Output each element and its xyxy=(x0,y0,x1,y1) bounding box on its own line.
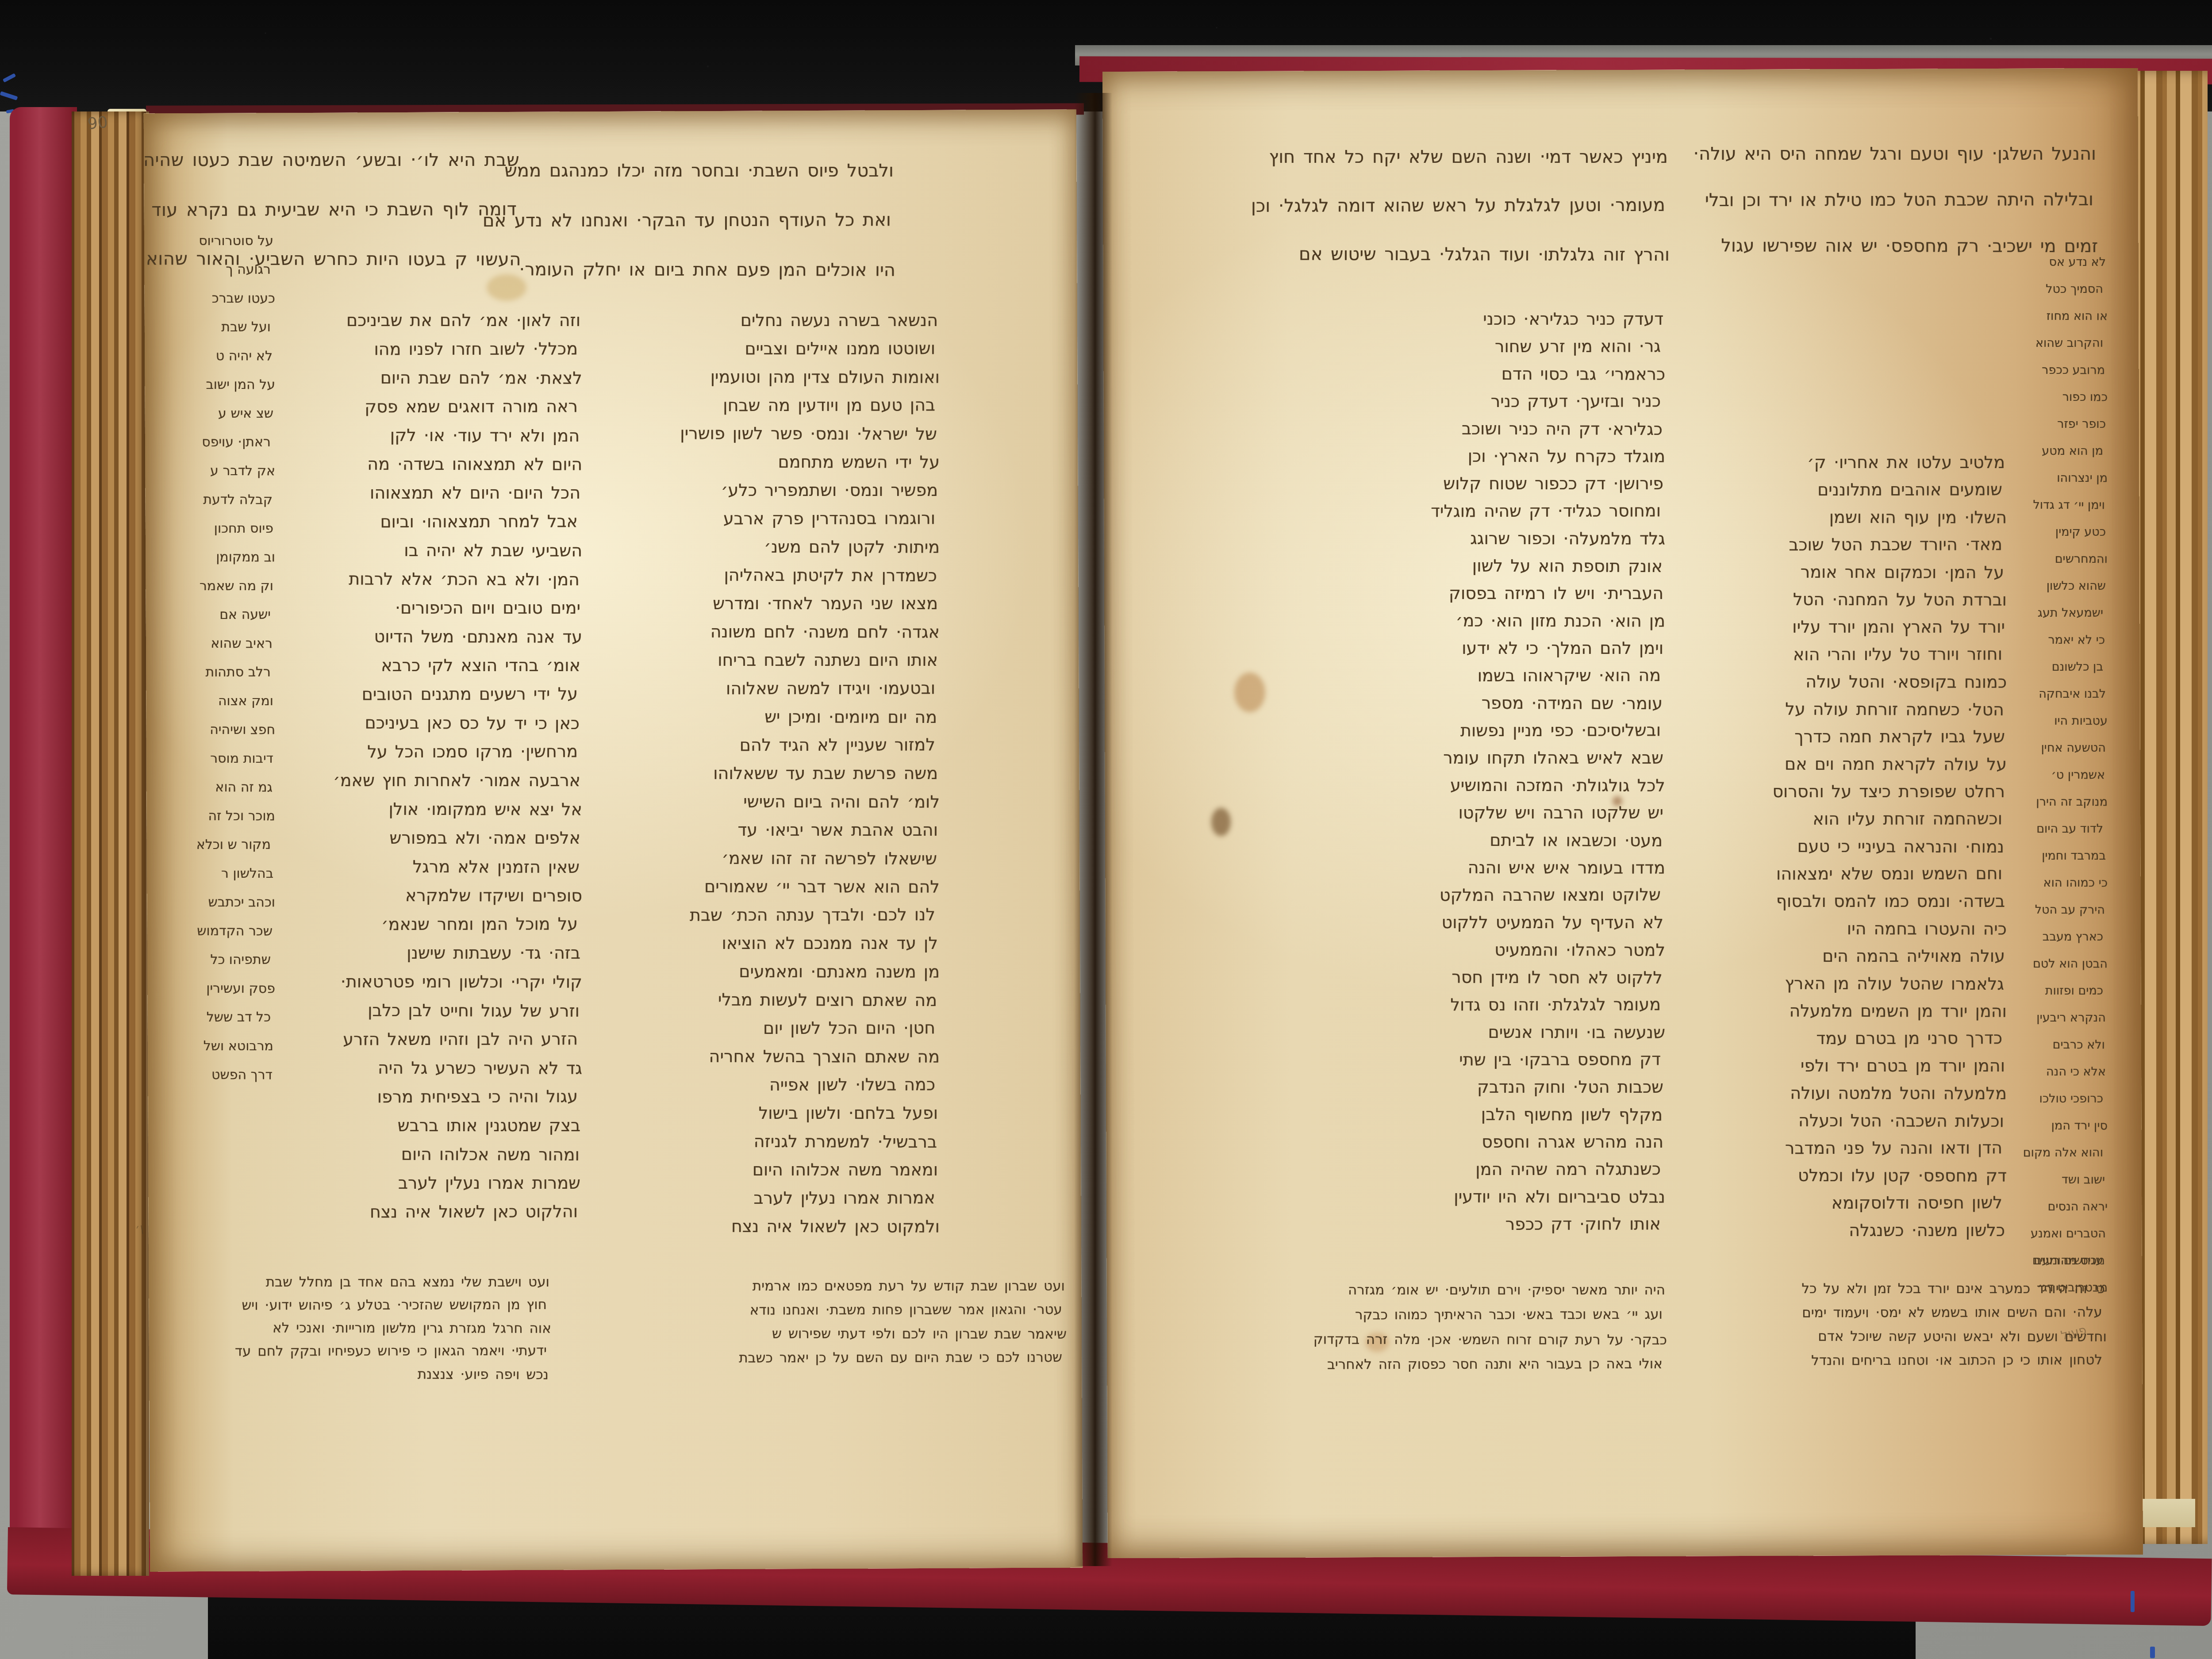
text-line: שבת היא לו׳· ובשע׳ השמיטה שבת כעטו שהיה xyxy=(207,135,519,185)
text-line: להם הוא אשר דבר יי׳ שאמורים xyxy=(616,872,940,901)
manuscript-photo-scene: 90 שבת היא לו׳· ובשע׳ השמיטה שבת כעטו שה… xyxy=(0,0,2212,1659)
text-line: סופרים ושיקדו שלמקרא xyxy=(272,881,582,910)
folio-number: 90 xyxy=(87,113,109,134)
text-line: ראיב שהוא xyxy=(146,629,273,658)
left-inner-top-block: ולבטל פיוס השבת· ובחסר מזה יכלו כמנהגם מ… xyxy=(543,146,894,295)
text-line: כארץ מעבב xyxy=(2009,923,2103,950)
text-line: ולבטל פיוס השבת· ובחסר מזה יכלו כמנהגם מ… xyxy=(543,146,894,196)
text-line: על ידי רשעים מתגנים הטובים xyxy=(267,680,578,709)
text-line: ימים טובים ויום הכיפורים· xyxy=(270,594,580,622)
text-line: שבא לאיש באהלו תקחו עומר xyxy=(1353,744,1663,772)
text-line: כרופכי טולכו xyxy=(2009,1085,2103,1112)
text-line: ועג יי׳ באש וכבד באש· וכבר הראיתיך כמוהו… xyxy=(1174,1302,1663,1328)
right-footnote-inner-block: היה יותר מאשר יספיק· וירם תולעים· יש אומ… xyxy=(1177,1278,1665,1377)
text-line: הטל· כשחמה זורחת עולה על xyxy=(1676,695,2004,723)
text-line: נבלט סביבריום ולא היו יודעין xyxy=(1355,1183,1665,1210)
text-line: והמן יורד מן השמים מלמעלה xyxy=(1678,997,2007,1025)
text-line: היום לא תמצאוהו בשדה· מה xyxy=(272,449,582,479)
text-line: כעטו שברכ xyxy=(149,284,275,313)
text-line: והמן יורד מן בטרם ירד ולפי xyxy=(1677,1052,2005,1079)
text-line: ומק אצוה xyxy=(147,687,273,715)
text-line: עטביות היו xyxy=(2014,707,2108,734)
text-line: של ישראל· ונמס· פשר לשון פושרין xyxy=(613,419,937,448)
text-line: בהלשון ר xyxy=(147,859,273,888)
text-line: כי זה היורד כמערב אינם יורד בכל זמן ולא … xyxy=(1684,1277,2105,1301)
text-line: שכבות הטל· וחוק הנדבק xyxy=(1353,1073,1663,1101)
text-line: פסק ועשירין xyxy=(149,974,275,1003)
text-line: וזה לאון· אמ׳ להם את שביניכם xyxy=(270,306,580,335)
text-line: שמרות אמרו נעלין לערב xyxy=(270,1169,580,1198)
text-line: והרץ זוה גלגלתו· ועוד הגלגל· בעבור שיטוש… xyxy=(1160,230,1670,279)
text-line: עומר· שם המידה· מספר xyxy=(1352,689,1663,717)
text-line: הכל היום· היום לא תמצאוהו xyxy=(270,479,580,507)
text-line: מה הוא· שיקראוהו בשמו xyxy=(1350,661,1661,689)
text-line: מקור ש וכלא xyxy=(144,830,271,860)
text-line: מה יום מיומים· ומיכן יש xyxy=(613,702,937,731)
text-line: לנו לכם· ולבדך ענתה הכת׳ שבת xyxy=(611,900,935,929)
text-line: כלשון משנה· כשנגלה xyxy=(1677,1217,2005,1244)
text-line: כדרך סרני מן בטרם עמד xyxy=(1674,1024,2002,1052)
text-line: ללקוט לא חסר לו מידן חסר xyxy=(1352,963,1663,991)
text-line: בן כלשונם xyxy=(2009,653,2103,680)
text-line: ידעתי· ויאמר הגאון כי פירוש כעפיחיו ובקק… xyxy=(143,1339,547,1363)
text-line: שכר הקדמוש xyxy=(146,917,273,946)
text-line: לא יהיה ט xyxy=(146,342,273,371)
text-line: על המן ישוב xyxy=(149,370,275,399)
text-line: אונק תוספת הוא על לשון xyxy=(1352,552,1663,580)
text-line: לדוד עב היום xyxy=(2009,815,2103,842)
text-line: כאן כי יד על כס כאן בעיניכם xyxy=(269,708,580,738)
text-line: אותו לחוק· דק ככפר xyxy=(1350,1210,1661,1238)
text-line: אל יצא איש ממקומו· אולן xyxy=(272,795,582,824)
text-line: הסמיך כטל xyxy=(2009,276,2103,303)
text-line: מדדו בעומר איש איש והנה xyxy=(1355,853,1665,881)
text-line: לשון חפיסה ודלוסקומא xyxy=(1674,1189,2002,1217)
right-margin-gloss-column: לא נדע אסהסמיך כטלאו הוא מחוזוהקרוב שהוא… xyxy=(2012,249,2106,1301)
text-line: שתפיהו כל xyxy=(144,945,271,975)
text-line: ראתן· עויפס xyxy=(144,428,271,457)
text-line: כשמדרן את לקיטתן באהליהן xyxy=(613,561,937,590)
text-line: עלה· והם השים אותו בשמש לא ימס· ויעמוד י… xyxy=(1681,1300,2102,1325)
text-line: כופר יפזר xyxy=(2012,411,2106,438)
text-line: אלא כי הנה xyxy=(2012,1058,2106,1085)
text-line: אותו היום נשתנה לשבח בריחו xyxy=(614,646,938,674)
text-line: דק מחספס· קטן עלו וכמלט xyxy=(1678,1161,2007,1189)
text-line: וכעלות השכבה· הטל וכעלה xyxy=(1676,1106,2004,1135)
gutter-shadow xyxy=(1074,93,1112,1566)
text-line: כבקר· על רעת קורם זרוח השמש· אכן· מלה זר… xyxy=(1179,1327,1667,1352)
text-line: ועט שברון שבת קודש על רעת מפטאים כמו ארמ… xyxy=(644,1274,1065,1298)
text-line: למטר כאהלו· והממעיט xyxy=(1355,936,1665,964)
text-line: ברבשיל· למשמרת לגניזה xyxy=(613,1127,937,1156)
text-line: יש שלקטו הרבה ויש שלקטו xyxy=(1353,799,1663,826)
text-line: מקלף לשון מחשוף הלבן xyxy=(1352,1100,1663,1129)
text-line: ואת כל העודף הנטחן עד הבקר· ואנחנו לא נד… xyxy=(541,195,891,246)
text-line: והקרוב שהוא xyxy=(2009,330,2103,357)
text-line: כמונח בקופסא· והטל עולה xyxy=(1678,668,2007,695)
text-line: מרבוטא ושל xyxy=(147,1032,273,1060)
text-line: מן ינצרוהו xyxy=(2014,465,2108,492)
text-line: ולמקוט כאן לשאול איה נצח xyxy=(616,1212,940,1240)
text-line: מלטיב עלטו את אחריו· ק׳ xyxy=(1677,449,2005,476)
text-line: גלאמרו שהטל עולה מן הארץ xyxy=(1676,969,2004,998)
text-line: חוץ מן המקושש שהזכיר· בטלע ג׳ פיהוש ידוע… xyxy=(143,1293,547,1317)
text-line: ופעל בלחם· ולשון בישול xyxy=(614,1099,938,1127)
text-line: לטחון אותו כי כן הכתוב או· וטחנו בריחים … xyxy=(1681,1348,2102,1373)
text-line: נמוח· והנראה בעיניי כי טעם xyxy=(1676,832,2004,860)
text-line: ישוב ושד xyxy=(2011,1166,2105,1194)
text-line: הירק עב הטל xyxy=(2011,896,2105,924)
text-line: וימן להם המלך· כי לא ידעו xyxy=(1353,634,1663,662)
text-line: הזרע היה לבן וזהיו משאל הזרע xyxy=(267,1025,578,1054)
text-line: והמחרשים xyxy=(2014,545,2108,572)
text-line: על עולה לקראת חמה וים אם xyxy=(1678,750,2007,778)
red-cover-left-band xyxy=(10,107,77,1585)
text-line: למזור שעניין לא הגיד להם xyxy=(611,730,935,760)
text-line: השביעי שבת לא יהיה בו xyxy=(272,536,582,565)
text-line: מעומר לגלגלת· וזהו נס גדול xyxy=(1350,991,1661,1018)
text-line: עטר· והגאון אמר ששברון פחות משבת· ואנחנו… xyxy=(641,1298,1062,1322)
text-line: קבלה לדעת xyxy=(146,485,273,515)
text-line: גלד מלמעלה· וכפור שרוגג xyxy=(1355,524,1665,552)
text-line: שאין הזמנין אלא מרגל xyxy=(269,852,580,882)
text-line: ומהור משה אכלוהו היום xyxy=(269,1140,580,1169)
text-line: יורד על הארץ והמן יורד עליו xyxy=(1677,613,2005,641)
text-line: דרך הפשט xyxy=(146,1060,273,1090)
text-line: היה יותר מאשר יספיק· וירם תולעים· יש אומ… xyxy=(1177,1278,1665,1302)
text-line: היו אוכלים המן פעם אחת ביום או יחלק העומ… xyxy=(545,245,895,295)
text-line: כמה בשלו· לשון אפייה xyxy=(611,1070,935,1099)
text-line: ושוטטו ממנו איילים וצביים xyxy=(611,334,935,363)
text-line: על ידי השמש מתחמם xyxy=(616,447,940,476)
text-line: עד אנה מאנתם· משל הדיוט xyxy=(272,622,582,651)
text-line: שצ איש ע xyxy=(147,399,273,428)
text-line: כראמרי׳ גבי כסוי הדם xyxy=(1355,360,1665,388)
text-line: המן ולא ירד עוד· או· לקן xyxy=(269,421,580,450)
left-inner-main-column: הנשאר בשרה נעשה נחליםושוטטו ממנו איילים … xyxy=(614,306,938,1240)
text-line: קולי יקרי· וכלשון רומי פטרטאות· xyxy=(272,967,582,996)
text-line: ועל שבת xyxy=(144,313,271,342)
text-line: כגלירא· דק היה כניר ושוכב xyxy=(1352,415,1663,443)
text-line: וב ממקומן xyxy=(149,543,275,572)
text-line: אק לדבר ע xyxy=(149,457,275,485)
right-inner-top-block: מיניץ כאשר דמי· ושנה השם שלא יקח כל אחד … xyxy=(1158,133,1668,279)
text-line: שלוקט ומצאו שהרבה המלקט xyxy=(1350,881,1661,909)
text-line: ולא כרבים xyxy=(2011,1031,2105,1059)
text-line: לבנו איבחקה xyxy=(2012,680,2106,707)
text-line: שנעשה בו· ויותרו אנשים xyxy=(1355,1018,1665,1046)
text-line: בהן טעם מן ויודעין מה שבחן xyxy=(611,391,935,420)
text-line: לצאת· אמ׳ להם שבת היום xyxy=(272,363,582,392)
text-line: אשמרין ט׳ xyxy=(2011,761,2105,789)
text-line: המן· ולא בא הכת׳ אלא לרבות xyxy=(269,565,580,594)
text-line: וחם השמש ונמס שלא ימצאוהו xyxy=(1674,860,2002,888)
text-line: מה שאתם הוצרך בהשל אחריה xyxy=(616,1042,940,1071)
text-line: כי כמוהו הוא xyxy=(2014,869,2108,896)
text-line: מפשיר ונמס· ושתמפריר כלע׳ xyxy=(614,476,938,504)
text-line: גמ זה הוא xyxy=(146,773,273,802)
text-line: במרבד וחמין xyxy=(2012,842,2106,869)
text-line: גר· והוא מין זרע שחור xyxy=(1350,332,1661,360)
text-line: וזרע של עגול וחייט לבן כלבן xyxy=(269,996,580,1025)
text-line: וכהב יכתבש xyxy=(149,888,275,917)
text-line: ועט וישבת שלי נמצא בהם אחד בן מחלל שבת xyxy=(146,1271,549,1294)
text-line: מלמעלה והטל מלמטה ועולה xyxy=(1678,1079,2007,1107)
text-line: וברדת הטל על המחנה· הטל xyxy=(1678,585,2007,613)
text-line: לן עד אנה ממנכם לא הוציאו xyxy=(614,929,938,957)
text-line: הנקרא ריבעין xyxy=(2012,1004,2106,1031)
text-line: והנעל השלגן· עוף וטעם ורגל שמחה היס היא … xyxy=(1669,131,2096,177)
text-line: כניר ובזיעך· דעדק כניר xyxy=(1350,387,1661,415)
text-line: נכש ויפה פיוע· צנצנת xyxy=(145,1362,549,1386)
parchment-stain xyxy=(1234,672,1265,712)
text-line: כמים ופזוות xyxy=(2009,977,2103,1004)
text-line: מרחשין· מרקו סמכו הכל על xyxy=(267,737,578,766)
text-line: ומאמר משה אכלוהו היום xyxy=(614,1156,938,1184)
right-inner-main-column: דעדק כניר כגלירא· כוכניגר· והוא מין זרע … xyxy=(1353,305,1663,1238)
text-line: לכל גולגולת· המזכה והמושיע xyxy=(1355,771,1665,799)
text-line: אמרות אמרו נעלין לערב xyxy=(611,1183,935,1213)
text-line: ראה מורה דואגים שמא פסק xyxy=(267,392,578,421)
text-line: על המן· וכמקום אחר אומר xyxy=(1676,558,2004,586)
text-line: ורוגמרו בסנהדרין פרק ארבע xyxy=(611,504,935,533)
text-line: רחלט שפופרת כיצד על והסרוס xyxy=(1677,778,2005,805)
text-line: כי לא יאמר xyxy=(2011,626,2105,654)
text-line: העברית· ויש לו רמיזה בפסוק xyxy=(1353,580,1663,607)
text-line: מאד· היורד שכבת הטל שוכב xyxy=(1674,530,2002,559)
text-line: לא נדע אס xyxy=(2012,249,2106,276)
text-line: שהוא כלשון xyxy=(2012,572,2106,599)
text-line: וימן יי׳ דג גדול xyxy=(2011,492,2105,519)
text-line: עולה מאויליה בהמה הים xyxy=(1677,942,2005,970)
text-line: הנה מהרש אגרה וחספס xyxy=(1353,1128,1663,1156)
text-line: מנוקב זה הירן xyxy=(2014,788,2108,815)
blue-ruler-tick xyxy=(2131,1591,2135,1612)
text-line: אולי באה כן בעבור היא ותנה חסר כפסוק הזה… xyxy=(1174,1352,1663,1377)
text-line: הנשאר בשרה נעשה נחלים xyxy=(614,306,938,334)
text-line: הטשעה אחין xyxy=(2012,734,2106,761)
text-line: ארבעה אמור· לאחרות חוץ שאמ׳ xyxy=(270,766,580,795)
text-line: אבל למחר תמצאוהו· וביום xyxy=(267,507,578,536)
text-line: שטרנו לכם כי שבת היום עם השם על כן יאמר … xyxy=(641,1345,1062,1370)
text-line: כטע קימין xyxy=(2012,518,2106,545)
text-line: פיוס תחכון xyxy=(147,514,273,543)
text-line: פירושן· דק ככפור שטוח קלוש xyxy=(1353,470,1663,497)
text-line: הדן ודאו והנה על פני המדבר xyxy=(1674,1134,2002,1162)
left-leaf-edges xyxy=(72,111,149,1576)
text-line: רלב סתהות xyxy=(144,658,271,687)
text-line: כמו כפור xyxy=(2014,384,2108,411)
text-line: רגועה ך xyxy=(144,255,271,284)
text-line: מה שאתם רוצים לעשות מבלי xyxy=(613,985,937,1014)
text-line: כל דב ששל xyxy=(144,1003,271,1032)
text-line: על מוכל המן ומחר שנאמ׳ xyxy=(267,910,578,939)
text-line: שעל גביו לקראת חמה כדרך xyxy=(1677,723,2005,750)
text-line: אוה חרגל מגזרת גרין מלשון מורייות· ואנכי… xyxy=(148,1316,551,1340)
text-line: דיבות מוסר xyxy=(147,744,273,773)
text-line: והבט אהבת אשר יביאו· עד xyxy=(614,816,938,844)
text-line: כיה והעטרו בחמה היו xyxy=(1678,914,2007,942)
text-line: חפצ ושיהיה xyxy=(149,715,275,744)
right-footnote-outer-block: כי זה היורד כמערב אינם יורד בכל זמן ולא … xyxy=(1684,1277,2105,1372)
text-line: ומחוסר כגליד· דק שהיה מוגליד xyxy=(1350,497,1661,525)
text-line: וחדשים ושעם ולא יבאש והיטע קשה שיוכל אדם xyxy=(1686,1324,2107,1349)
blue-ruler-tick xyxy=(2150,1647,2155,1658)
text-line: מיתות· לקטן להם משנ׳ xyxy=(616,532,940,561)
text-line: שישאלו לפרשה זה זהו שאמ׳ xyxy=(613,844,937,873)
text-line: השלו· מין עוף הוא ושמן xyxy=(1678,503,2007,531)
text-line: מוגלד כקרח על הארץ· וכן xyxy=(1355,442,1665,470)
right-outer-main-column: מלטיב עלטו את אחריו· ק׳שומעים אוהבים מתל… xyxy=(1677,449,2005,1244)
text-line: ישמעאל תעג xyxy=(2009,599,2103,626)
text-line: ואומות העולם צדין מהן וטועמין xyxy=(616,362,940,391)
text-line: בזה· גד· עשבתות שישנן xyxy=(270,939,580,968)
text-line: מצאו שני העמר לאחד· ומדרש xyxy=(614,589,938,618)
text-line: הבטן הוא לטם xyxy=(2014,950,2108,977)
text-line: לא העדיף על הממעיט ללקוט xyxy=(1353,909,1663,936)
text-line: והוא אלה מקום xyxy=(2009,1139,2103,1166)
text-line: או הוא מחוז xyxy=(2014,303,2108,330)
text-line: שומעים אוהבים מתלוננים xyxy=(1674,476,2002,504)
text-line: לומ׳ להם והיה ביום השישי xyxy=(616,787,940,816)
text-line: מעומר· וטען לגלגלת על ראש שהוא דומה לגלג… xyxy=(1156,181,1665,230)
text-line: חטן· היום הכל לשון יום xyxy=(611,1014,935,1043)
text-line: סין ירד המן xyxy=(2014,1112,2108,1139)
text-line: אומ׳ בהדי הוצא לקי כרבא xyxy=(270,651,580,680)
text-line: מיניץ כאשר דמי· ושנה השם שלא יקח כל אחד … xyxy=(1158,133,1668,181)
text-line: מעט· וכשבאו או לביתם xyxy=(1352,826,1663,854)
text-line: ובשליסיכם· כפי מניין נפשות xyxy=(1350,716,1661,744)
text-line: עגול והיה כי בצפיחית מרפו xyxy=(267,1082,578,1111)
text-line: ובטעמו· ויגידו למשה שאלוהו xyxy=(611,674,935,703)
text-line: מוכר וכל זה xyxy=(149,802,275,830)
text-line: וכשהחמה זורחת עליו הוא xyxy=(1674,805,2002,833)
text-line: וק מה שאמר xyxy=(147,572,273,600)
text-line: שיאמר שבת שברון היו לכם ולפי דעתי שפירוש… xyxy=(645,1321,1067,1346)
text-line: יראה הנסים xyxy=(2014,1193,2108,1220)
text-line: ובלילה היתה שכבת הטל כמו טילת או ירד וכן… xyxy=(1666,177,2093,223)
text-line: דעדק כניר כגלירא· כוכני xyxy=(1353,305,1663,333)
text-line: משה פרשת שבת עד ששאלוהו xyxy=(614,759,938,787)
text-line: מן הוא· הכנת מזון הוא· כמ׳ xyxy=(1355,607,1665,634)
text-line: מכלל· לשוב חזרו לפניו מהו xyxy=(267,334,578,364)
left-footnote-outer-block: ועט וישבת שלי נמצא בהם אחד בן מחלל שבתחו… xyxy=(146,1271,549,1386)
text-line: הטברים ואמנע xyxy=(2012,1220,2106,1247)
text-line: מרובע ככפר xyxy=(2011,357,2105,384)
text-line: מן משנה מאנתם· ומאמעים xyxy=(616,957,940,986)
text-line: גד לא העשיר כשרע גל היה xyxy=(272,1053,582,1083)
text-line: בשדה· ונמס כמו להמס ולבסוף xyxy=(1677,887,2005,915)
text-line: על סוטרוריוס xyxy=(147,227,273,255)
text-line: וחוזר ויורד טל עליו והרי הוא xyxy=(1674,640,2002,668)
left-outer-main-column: וזה לאון· אמ׳ להם את שביניכםמכלל· לשוב ח… xyxy=(270,306,580,1226)
text-line: מן הוא מטע xyxy=(2009,438,2103,465)
text-line: בצק שמטגנין אותו ברבש xyxy=(270,1111,580,1140)
text-line: והלקוט כאן לשאול איה נצח xyxy=(267,1197,578,1226)
text-line: דק מחספס ברבקו· בין שתי xyxy=(1350,1045,1661,1073)
left-margin-gloss-column: על סוטרוריוסרגועה ךכעטו שברכועל שבתלא יה… xyxy=(147,227,273,1089)
right-footnote-outer-header: מכתשים רעיים xyxy=(1684,1252,2105,1270)
parchment-stain xyxy=(1211,808,1231,836)
text-line: אלפים אמה· ולא במפורש xyxy=(270,824,580,853)
text-line: כשנתגלה רמה שהיה המן xyxy=(1350,1155,1661,1183)
left-footnote-inner-block: ועט שברון שבת קודש על רעת מפטאים כמו ארמ… xyxy=(644,1274,1065,1370)
text-line: אגדה· לחם משנה· לחם משונה xyxy=(616,617,940,646)
text-line: ישעה אם xyxy=(144,600,271,630)
